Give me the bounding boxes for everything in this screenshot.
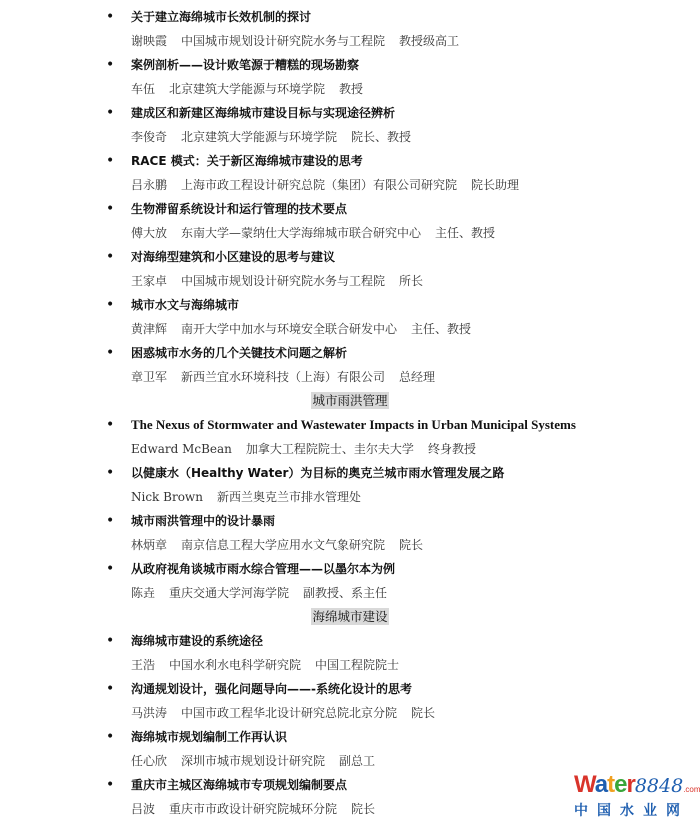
section-heading: 城市雨洪管理	[0, 389, 700, 413]
bullet-icon: •	[106, 773, 114, 797]
speaker-row: Nick Brown新西兰奥克兰市排水管理处	[0, 485, 700, 509]
speaker-org: 重庆交通大学河海学院	[169, 586, 289, 600]
speaker-role: 教授级高工	[399, 34, 459, 48]
speaker-info: 林炳章南京信息工程大学应用水文气象研究院院长	[131, 533, 437, 557]
bullet-icon: •	[106, 101, 114, 125]
speaker-info: 任心欣深圳市城市规划设计研究院副总工	[131, 749, 389, 773]
speaker-row: 李俊奇北京建筑大学能源与环境学院院长、教授	[0, 125, 700, 149]
talk-title: RACE 模式：关于新区海绵城市建设的思考	[131, 149, 363, 173]
speaker-role: 院长助理	[471, 178, 519, 192]
speaker-role: 主任、教授	[435, 226, 495, 240]
speaker-info: 吕永鹏上海市政工程设计研究总院（集团）有限公司研究院院长助理	[131, 173, 533, 197]
speaker-role: 副教授、系主任	[303, 586, 387, 600]
speaker-info: 吕波重庆市市政设计研究院城环分院院长	[131, 797, 389, 821]
talk-title-row: •沟通规划设计，强化问题导向——-系统化设计的思考	[0, 677, 700, 701]
speaker-speaker: 谢映霞	[131, 34, 167, 48]
bullet-icon: •	[106, 197, 114, 221]
speaker-org: 中国市政工程华北设计研究总院北京分院	[181, 706, 397, 720]
speaker-org: 加拿大工程院院士、圭尔夫大学	[246, 442, 414, 456]
talk-title-row: •城市水文与海绵城市	[0, 293, 700, 317]
speaker-role: 副总工	[339, 754, 375, 768]
speaker-info: 李俊奇北京建筑大学能源与环境学院院长、教授	[131, 125, 425, 149]
talk-title: 从政府视角谈城市雨水综合管理——以墨尔本为例	[131, 557, 395, 581]
bullet-icon: •	[106, 5, 114, 29]
logo-chinese: 中国水业网	[574, 802, 692, 820]
speaker-speaker: 傅大放	[131, 226, 167, 240]
bullet-icon: •	[106, 149, 114, 173]
talk-title: 对海绵型建筑和小区建设的思考与建议	[131, 245, 335, 269]
talk-title-row: •关于建立海绵城市长效机制的探讨	[0, 5, 700, 29]
bullet-icon: •	[106, 461, 114, 485]
talk-title: 海绵城市建设的系统途径	[131, 629, 263, 653]
bullet-icon: •	[106, 341, 114, 365]
bullet-icon: •	[106, 245, 114, 269]
speaker-role: 院长	[399, 538, 423, 552]
speaker-org: 新西兰奥克兰市排水管理处	[217, 490, 361, 504]
bullet-icon: •	[106, 53, 114, 77]
speaker-row: 林炳章南京信息工程大学应用水文气象研究院院长	[0, 533, 700, 557]
document-body: •关于建立海绵城市长效机制的探讨谢映霞中国城市规划设计研究院水务与工程院教授级高…	[0, 5, 700, 821]
speaker-info: 谢映霞中国城市规划设计研究院水务与工程院教授级高工	[131, 29, 473, 53]
logo-wordmark: Water8848.com	[574, 773, 692, 802]
speaker-row: Edward McBean加拿大工程院院士、圭尔夫大学终身教授	[0, 437, 700, 461]
speaker-org: 中国水利水电科学研究院	[169, 658, 301, 672]
speaker-org: 中国城市规划设计研究院水务与工程院	[181, 274, 385, 288]
talk-title-row: •RACE 模式：关于新区海绵城市建设的思考	[0, 149, 700, 173]
section-heading: 海绵城市建设	[0, 605, 700, 629]
talk-title: 以健康水（Healthy Water）为目标的奥克兰城市雨水管理发展之路	[131, 461, 504, 485]
speaker-speaker: 王浩	[131, 658, 155, 672]
speaker-speaker: 车伍	[131, 82, 155, 96]
speaker-row: 王浩中国水利水电科学研究院中国工程院院士	[0, 653, 700, 677]
logo-letter-e: e	[614, 771, 626, 798]
bullet-icon: •	[106, 725, 114, 749]
talk-title: 关于建立海绵城市长效机制的探讨	[131, 5, 311, 29]
talk-title: 案例剖析——设计败笔源于糟糕的现场勘察	[131, 53, 359, 77]
speaker-org: 北京建筑大学能源与环境学院	[169, 82, 325, 96]
speaker-info: 陈垚重庆交通大学河海学院副教授、系主任	[131, 581, 401, 605]
speaker-speaker: 陈垚	[131, 586, 155, 600]
talk-title-row: •生物滞留系统设计和运行管理的技术要点	[0, 197, 700, 221]
talk-title: 困惑城市水务的几个关键技术问题之解析	[131, 341, 347, 365]
talk-title-row: •海绵城市建设的系统途径	[0, 629, 700, 653]
talk-title-row: •案例剖析——设计败笔源于糟糕的现场勘察	[0, 53, 700, 77]
logo-letter-r: r	[626, 771, 634, 798]
talk-title: 重庆市主城区海绵城市专项规划编制要点	[131, 773, 347, 797]
speaker-info: 黄津辉南开大学中加水与环境安全联合研发中心主任、教授	[131, 317, 485, 341]
speaker-org: 东南大学—蒙纳仕大学海绵城市联合研究中心	[181, 226, 421, 240]
speaker-speaker: 李俊奇	[131, 130, 167, 144]
speaker-info: 王家卓中国城市规划设计研究院水务与工程院所长	[131, 269, 437, 293]
bullet-icon: •	[106, 677, 114, 701]
speaker-org: 南京信息工程大学应用水文气象研究院	[181, 538, 385, 552]
bullet-icon: •	[106, 413, 114, 437]
speaker-speaker: 林炳章	[131, 538, 167, 552]
speaker-info: 章卫军新西兰宜水环境科技（上海）有限公司总经理	[131, 365, 449, 389]
speaker-row: 谢映霞中国城市规划设计研究院水务与工程院教授级高工	[0, 29, 700, 53]
talk-title-row: •以健康水（Healthy Water）为目标的奥克兰城市雨水管理发展之路	[0, 461, 700, 485]
section-heading-text: 城市雨洪管理	[311, 392, 388, 409]
speaker-role: 总经理	[399, 370, 435, 384]
speaker-row: 章卫军新西兰宜水环境科技（上海）有限公司总经理	[0, 365, 700, 389]
speaker-speaker: 章卫军	[131, 370, 167, 384]
talk-title: 生物滞留系统设计和运行管理的技术要点	[131, 197, 347, 221]
speaker-role: 院长	[351, 802, 375, 816]
speaker-row: 黄津辉南开大学中加水与环境安全联合研发中心主任、教授	[0, 317, 700, 341]
speaker-info: Nick Brown新西兰奥克兰市排水管理处	[131, 485, 389, 509]
speaker-role: 院长	[411, 706, 435, 720]
speaker-org: 北京建筑大学能源与环境学院	[181, 130, 337, 144]
talk-title: 城市雨洪管理中的设计暴雨	[131, 509, 275, 533]
talk-title: 城市水文与海绵城市	[131, 293, 239, 317]
talk-title-row: •The Nexus of Stormwater and Wastewater …	[0, 413, 700, 437]
bullet-icon: •	[106, 293, 114, 317]
speaker-role: 终身教授	[428, 442, 476, 456]
speaker-org: 深圳市城市规划设计研究院	[181, 754, 325, 768]
speaker-org: 中国城市规划设计研究院水务与工程院	[181, 34, 385, 48]
speaker-info: 马洪涛中国市政工程华北设计研究总院北京分院院长	[131, 701, 449, 725]
speaker-info: 车伍北京建筑大学能源与环境学院教授	[131, 77, 377, 101]
speaker-info: Edward McBean加拿大工程院院士、圭尔夫大学终身教授	[131, 437, 490, 461]
logo-suffix: .com	[683, 785, 700, 794]
speaker-row: 车伍北京建筑大学能源与环境学院教授	[0, 77, 700, 101]
speaker-row: 傅大放东南大学—蒙纳仕大学海绵城市联合研究中心主任、教授	[0, 221, 700, 245]
talk-title-row: •对海绵型建筑和小区建设的思考与建议	[0, 245, 700, 269]
speaker-role: 所长	[399, 274, 423, 288]
talk-title: 海绵城市规划编制工作再认识	[131, 725, 287, 749]
bullet-icon: •	[106, 509, 114, 533]
logo-letter-a: a	[595, 771, 607, 798]
speaker-role: 主任、教授	[411, 322, 471, 336]
watermark-logo: Water8848.com 中国水业网	[574, 773, 692, 820]
speaker-org: 南开大学中加水与环境安全联合研发中心	[181, 322, 397, 336]
talk-title-row: •建成区和新建区海绵城市建设目标与实现途径辨析	[0, 101, 700, 125]
speaker-role: 院长、教授	[351, 130, 411, 144]
speaker-org: 新西兰宜水环境科技（上海）有限公司	[181, 370, 385, 384]
speaker-speaker: 马洪涛	[131, 706, 167, 720]
speaker-role: 教授	[339, 82, 363, 96]
speaker-info: 傅大放东南大学—蒙纳仕大学海绵城市联合研究中心主任、教授	[131, 221, 509, 245]
talk-title: 建成区和新建区海绵城市建设目标与实现途径辨析	[131, 101, 395, 125]
speaker-role: 中国工程院院士	[315, 658, 399, 672]
logo-letter-w: W	[574, 771, 595, 798]
speaker-speaker: 黄津辉	[131, 322, 167, 336]
talk-title-row: •海绵城市规划编制工作再认识	[0, 725, 700, 749]
talk-title: The Nexus of Stormwater and Wastewater I…	[131, 413, 576, 437]
speaker-speaker: Nick Brown	[131, 490, 203, 504]
bullet-icon: •	[106, 629, 114, 653]
speaker-speaker: 王家卓	[131, 274, 167, 288]
speaker-row: 马洪涛中国市政工程华北设计研究总院北京分院院长	[0, 701, 700, 725]
bullet-icon: •	[106, 557, 114, 581]
speaker-info: 王浩中国水利水电科学研究院中国工程院院士	[131, 653, 413, 677]
speaker-row: 陈垚重庆交通大学河海学院副教授、系主任	[0, 581, 700, 605]
speaker-speaker: 任心欣	[131, 754, 167, 768]
speaker-speaker: 吕波	[131, 802, 155, 816]
speaker-row: 任心欣深圳市城市规划设计研究院副总工	[0, 749, 700, 773]
speaker-org: 上海市政工程设计研究总院（集团）有限公司研究院	[181, 178, 457, 192]
logo-number: 8848	[635, 775, 683, 797]
speaker-org: 重庆市市政设计研究院城环分院	[169, 802, 337, 816]
talk-title-row: •从政府视角谈城市雨水综合管理——以墨尔本为例	[0, 557, 700, 581]
talk-title-row: •城市雨洪管理中的设计暴雨	[0, 509, 700, 533]
talk-title-row: •困惑城市水务的几个关键技术问题之解析	[0, 341, 700, 365]
speaker-speaker: 吕永鹏	[131, 178, 167, 192]
speaker-row: 王家卓中国城市规划设计研究院水务与工程院所长	[0, 269, 700, 293]
speaker-speaker: Edward McBean	[131, 442, 232, 456]
speaker-row: 吕永鹏上海市政工程设计研究总院（集团）有限公司研究院院长助理	[0, 173, 700, 197]
section-heading-text: 海绵城市建设	[311, 608, 388, 625]
talk-title: 沟通规划设计，强化问题导向——-系统化设计的思考	[131, 677, 412, 701]
